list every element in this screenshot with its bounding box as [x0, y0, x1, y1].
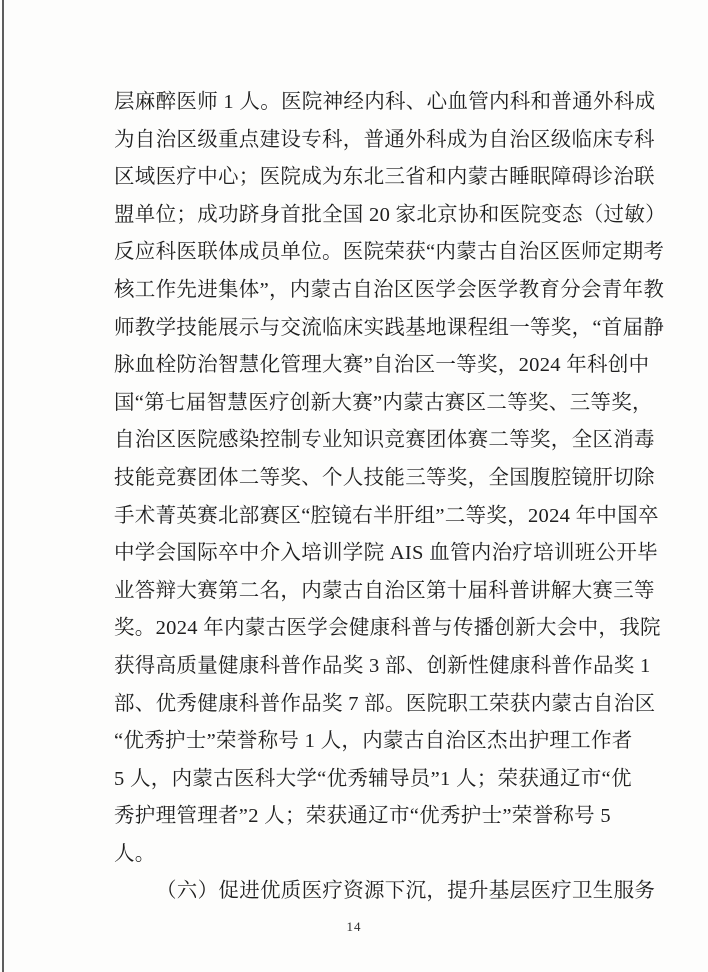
text-line: 师教学技能展示与交流临床实践基地课程组一等奖，“首届静	[114, 310, 602, 348]
body-paragraph: 层麻醉医师 1 人。医院神经内科、心血管内科和普通外科成为自治区级重点建设专科，…	[114, 84, 602, 873]
text-line: 盟单位；成功跻身首批全国 20 家北京协和医院变态（过敏）	[114, 197, 602, 235]
text-line: 为自治区级重点建设专科，普通外科成为自治区级临床专科	[114, 122, 602, 160]
document-page: 层麻醉医师 1 人。医院神经内科、心血管内科和普通外科成为自治区级重点建设专科，…	[0, 0, 708, 972]
text-line: 核工作先进集体”，内蒙古自治区医学会医学教育分会青年教	[114, 272, 602, 310]
section-heading: （六）促进优质医疗资源下沉，提升基层医疗卫生服务	[114, 873, 602, 911]
text-line: 脉血栓防治智慧化管理大赛”自治区一等奖，2024 年科创中	[114, 347, 602, 385]
text-line: “优秀护士”荣誉称号 1 人，内蒙古自治区杰出护理工作者	[114, 723, 602, 761]
text-line: 业答辩大赛第二名，内蒙古自治区第十届科普讲解大赛三等	[114, 573, 602, 611]
text-line: 奖。2024 年内蒙古医学会健康科普与传播创新大会中，我院	[114, 610, 602, 648]
text-line: 获得高质量健康科普作品奖 3 部、创新性健康科普作品奖 1	[114, 648, 602, 686]
page-number: 14	[0, 919, 708, 935]
text-line: 层麻醉医师 1 人。医院神经内科、心血管内科和普通外科成	[114, 84, 602, 122]
text-line: 5 人，内蒙古医科大学“优秀辅导员”1 人；荣获通辽市“优	[114, 761, 602, 799]
text-line: 部、优秀健康科普作品奖 7 部。医院职工荣获内蒙古自治区	[114, 686, 602, 724]
text-line: 秀护理管理者”2 人；荣获通辽市“优秀护士”荣誉称号 5	[114, 798, 602, 836]
text-line: 手术菁英赛北部赛区“腔镜右半肝组”二等奖，2024 年中国卒	[114, 498, 602, 536]
text-line: 国“第七届智慧医疗创新大赛”内蒙古赛区二等奖、三等奖，	[114, 385, 602, 423]
text-line: 区域医疗中心；医院成为东北三省和内蒙古睡眠障碍诊治联	[114, 159, 602, 197]
text-line: 人。	[114, 836, 602, 874]
text-line: 技能竞赛团体二等奖、个人技能三等奖，全国腹腔镜肝切除	[114, 460, 602, 498]
page-content: 层麻醉医师 1 人。医院神经内科、心血管内科和普通外科成为自治区级重点建设专科，…	[114, 84, 602, 911]
text-line: 反应科医联体成员单位。医院荣获“内蒙古自治区医师定期考	[114, 234, 602, 272]
text-line: 中学会国际卒中介入培训学院 AIS 血管内治疗培训班公开毕	[114, 535, 602, 573]
text-line: 自治区医院感染控制专业知识竞赛团体赛二等奖，全区消毒	[114, 422, 602, 460]
scan-edge-line	[2, 0, 4, 972]
